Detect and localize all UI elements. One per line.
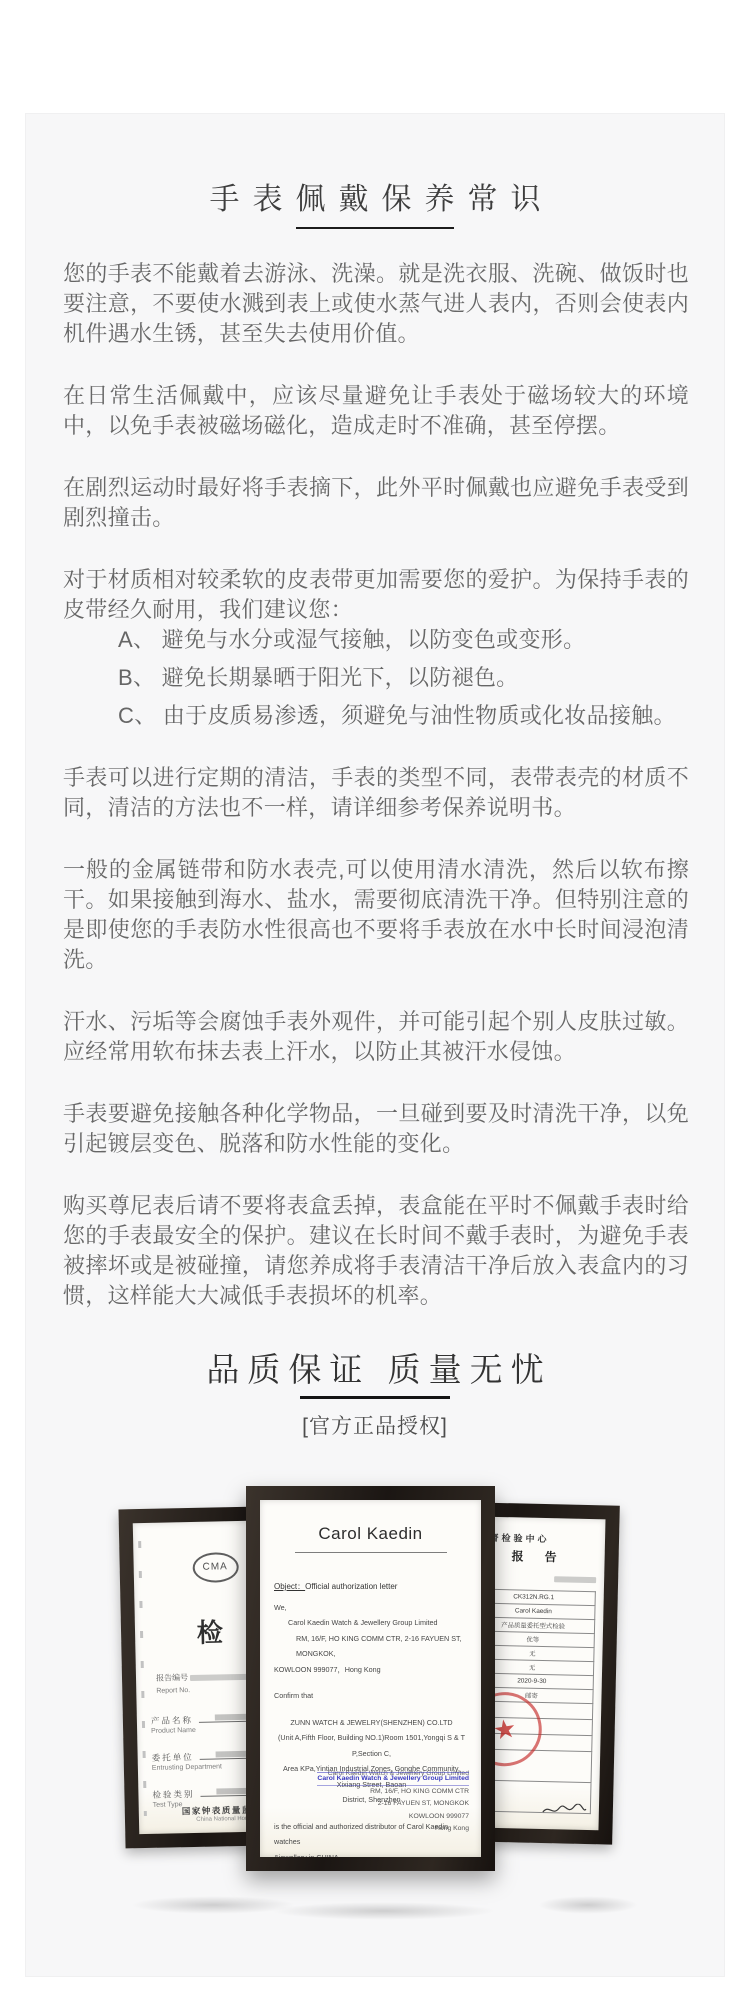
advice-item-a: A、 避免与水分或湿气接触，以防变色或变形。	[63, 625, 689, 655]
care-section-title: 手表佩戴保养常识	[26, 114, 724, 218]
letter-line: (Unit A,Fifth Floor, Building NO.1)Room …	[274, 1730, 469, 1761]
signature-line: 2-16 FAYUEN ST, MONGKOK	[317, 1798, 469, 1810]
signature-block: Carol Kaedin Watch & Jewellery Group Lim…	[317, 1768, 469, 1835]
quality-section-title: 品质保证 质量无忧	[34, 1349, 724, 1391]
care-paragraph: 您的手表不能戴着去游泳、洗澡。就是洗衣服、洗碗、做饭时也要注意，不要使水溅到表上…	[63, 259, 689, 349]
care-paragraph: 一般的金属链带和防水表壳,可以使用清水清洗，然后以软布擦干。如果接触到海水、盐水…	[63, 855, 689, 975]
object-line: Object：Official authorization letter	[274, 1581, 481, 1592]
signature-line: KOWLOON 999077	[317, 1811, 469, 1823]
care-paragraph: 对于材质相对较柔软的皮表带更加需要您的爱护。为保持手表的皮带经久耐用，我们建议您…	[63, 565, 689, 625]
advice-item-b: B、 避免长期暴晒于阳光下，以防褪色。	[63, 663, 689, 693]
letter-line: Confirm that	[274, 1688, 469, 1703]
field-label: 检验类别	[152, 1788, 194, 1799]
field-label: 委托单位	[152, 1751, 194, 1762]
report-number-label: 报告编号	[156, 1673, 188, 1683]
page-background: 手表佩戴保养常识 您的手表不能戴着去游泳、洗澡。就是洗衣服、洗碗、做饭时也要注意…	[0, 0, 750, 1977]
letter-line: Carol Kaedin Watch & Jewellery Group Lim…	[274, 1615, 469, 1630]
care-paragraph: 在日常生活佩戴中，应该尽量避免让手表处于磁场较大的环境中，以免手表被磁场磁化，造…	[63, 381, 689, 441]
brand-logo-text: Carol Kaedin	[260, 1524, 481, 1544]
certificates-showcase: CMA CAL 检 验 Test R 报告编号 Report No. 产品名称	[26, 1476, 724, 1976]
field-label: 产品名称	[151, 1714, 193, 1725]
care-paragraph: 购买尊尼表后请不要将表盒丢掉，表盒能在平时不佩戴手表时给您的手表最安全的保护。建…	[63, 1191, 689, 1311]
letter-line: &jewellery in CHINA.	[274, 1850, 469, 1857]
care-paragraph: 手表可以进行定期的清洁，手表的类型不同，表带表壳的材质不同，清洁的方法也不一样，…	[63, 763, 689, 823]
signature-line: RM, 16/F, HO KING COMM CTR	[317, 1786, 469, 1798]
blue-stamp-text: Carol Kaedin Watch & Jewellery Group Lim…	[317, 1772, 469, 1786]
signature-line: Hong Kong	[317, 1823, 469, 1835]
care-text-block: 您的手表不能戴着去游泳、洗澡。就是洗衣服、洗碗、做饭时也要注意，不要使水溅到表上…	[26, 229, 724, 1311]
care-paragraph: 在剧烈运动时最好将手表摘下，此外平时佩戴也应避免手表受到剧烈撞击。	[63, 473, 689, 533]
brand-underline-decoration	[295, 1552, 447, 1553]
cma-logo-icon: CMA	[192, 1551, 239, 1582]
signature-icon	[541, 1803, 587, 1818]
quality-title-underline-decoration	[300, 1396, 450, 1399]
letter-line: RM, 16/F, HO KING COMM CTR, 2-16 FAYUEN …	[274, 1631, 469, 1662]
advice-item-c: C、 由于皮质易渗透，须避免与油性物质或化妆品接触。	[63, 701, 689, 731]
care-paragraph: 手表要避免接触各种化学物品，一旦碰到要及时清洗干净，以免引起镀层变色、脱落和防水…	[63, 1099, 689, 1159]
frame-shadow	[538, 1896, 638, 1914]
content-card: 手表佩戴保养常识 您的手表不能戴着去游泳、洗澡。就是洗衣服、洗碗、做饭时也要注意…	[25, 113, 725, 1977]
quality-subtitle: [官方正品授权]	[26, 1410, 724, 1440]
frame-shadow	[271, 1902, 496, 1920]
object-text: Official authorization letter	[305, 1582, 397, 1591]
letter-line: ZUNN WATCH & JEWELRY(SHENZHEN) CO.LTD	[274, 1715, 469, 1730]
certificate-center-paper: Carol Kaedin Object：Official authorizati…	[260, 1500, 481, 1857]
letter-line: KOWLOON 999077，Hong Kong	[274, 1662, 469, 1677]
report-number-value-blur	[190, 1674, 248, 1681]
letter-line: We,	[274, 1600, 469, 1615]
star-icon: ★	[491, 1715, 518, 1744]
report-number-label-en: Report No.	[156, 1687, 190, 1695]
object-label: Object：	[274, 1582, 305, 1591]
care-paragraph: 汗水、污垢等会腐蚀手表外观件，并可能引起个别人皮肤过敏。应经常用软布抹去表上汗水…	[63, 1007, 689, 1067]
advice-list: A、 避免与水分或湿气接触，以防变色或变形。 B、 避免长期暴晒于阳光下，以防褪…	[63, 625, 689, 731]
certificate-center-frame: Carol Kaedin Object：Official authorizati…	[246, 1486, 495, 1871]
